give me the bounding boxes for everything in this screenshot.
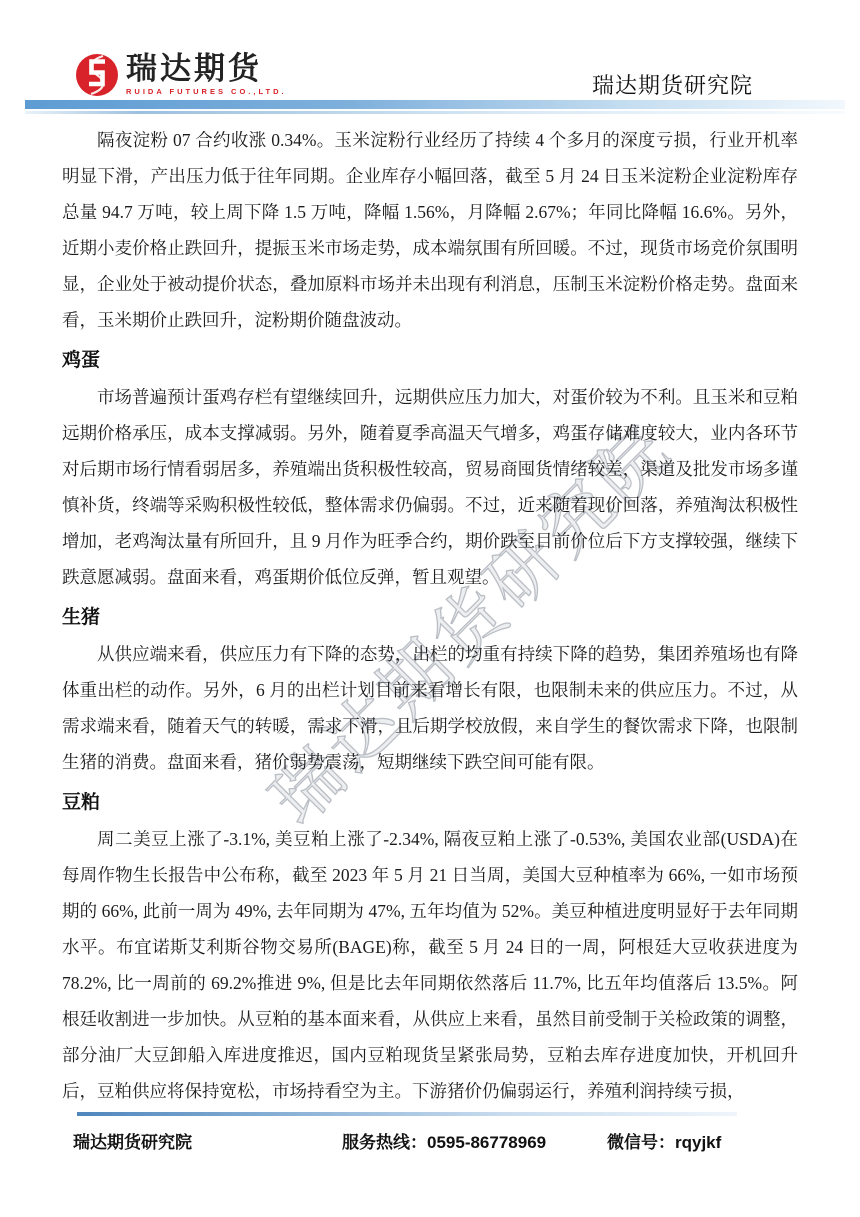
page-header: 瑞达期货 RUIDA FUTURES CO.,LTD. 瑞达期货研究院 — [0, 0, 860, 115]
header-institute-title: 瑞达期货研究院 — [592, 69, 753, 100]
section-heading-soymeal: 豆粕 — [62, 789, 798, 816]
header-divider — [25, 100, 845, 114]
footer-institute: 瑞达期货研究院 — [73, 1128, 192, 1153]
section-heading-egg: 鸡蛋 — [62, 347, 798, 374]
header-divider-sub — [25, 111, 845, 114]
brand-name-en: RUIDA FUTURES CO.,LTD. — [126, 87, 287, 96]
brand-name-cn: 瑞达期货 — [126, 52, 287, 86]
ruida-logo-icon — [74, 52, 120, 98]
footer-wechat: 微信号：rqyjkf — [607, 1128, 721, 1153]
paragraph-egg: 市场普遍预计蛋鸡存栏有望继续回升，远期供应压力加大，对蛋价较为不利。且玉米和豆粕… — [62, 379, 798, 595]
section-heading-hog: 生猪 — [62, 604, 798, 631]
paragraph-starch: 隔夜淀粉 07 合约收涨 0.34%。玉米淀粉行业经历了持续 4 个多月的深度亏… — [62, 122, 798, 338]
company-logo: 瑞达期货 RUIDA FUTURES CO.,LTD. — [74, 52, 287, 98]
header-divider-main — [25, 100, 845, 109]
footer-divider — [77, 1112, 737, 1116]
report-body: 隔夜淀粉 07 合约收涨 0.34%。玉米淀粉行业经历了持续 4 个多月的深度亏… — [62, 122, 798, 1109]
paragraph-hog: 从供应端来看，供应压力有下降的态势，出栏的均重有持续下降的趋势，集团养殖场也有降… — [62, 636, 798, 780]
paragraph-soymeal: 周二美豆上涨了-3.1%, 美豆粕上涨了-2.34%, 隔夜豆粕上涨了-0.53… — [62, 821, 798, 1109]
footer-hotline: 服务热线：0595-86778969 — [342, 1128, 546, 1153]
